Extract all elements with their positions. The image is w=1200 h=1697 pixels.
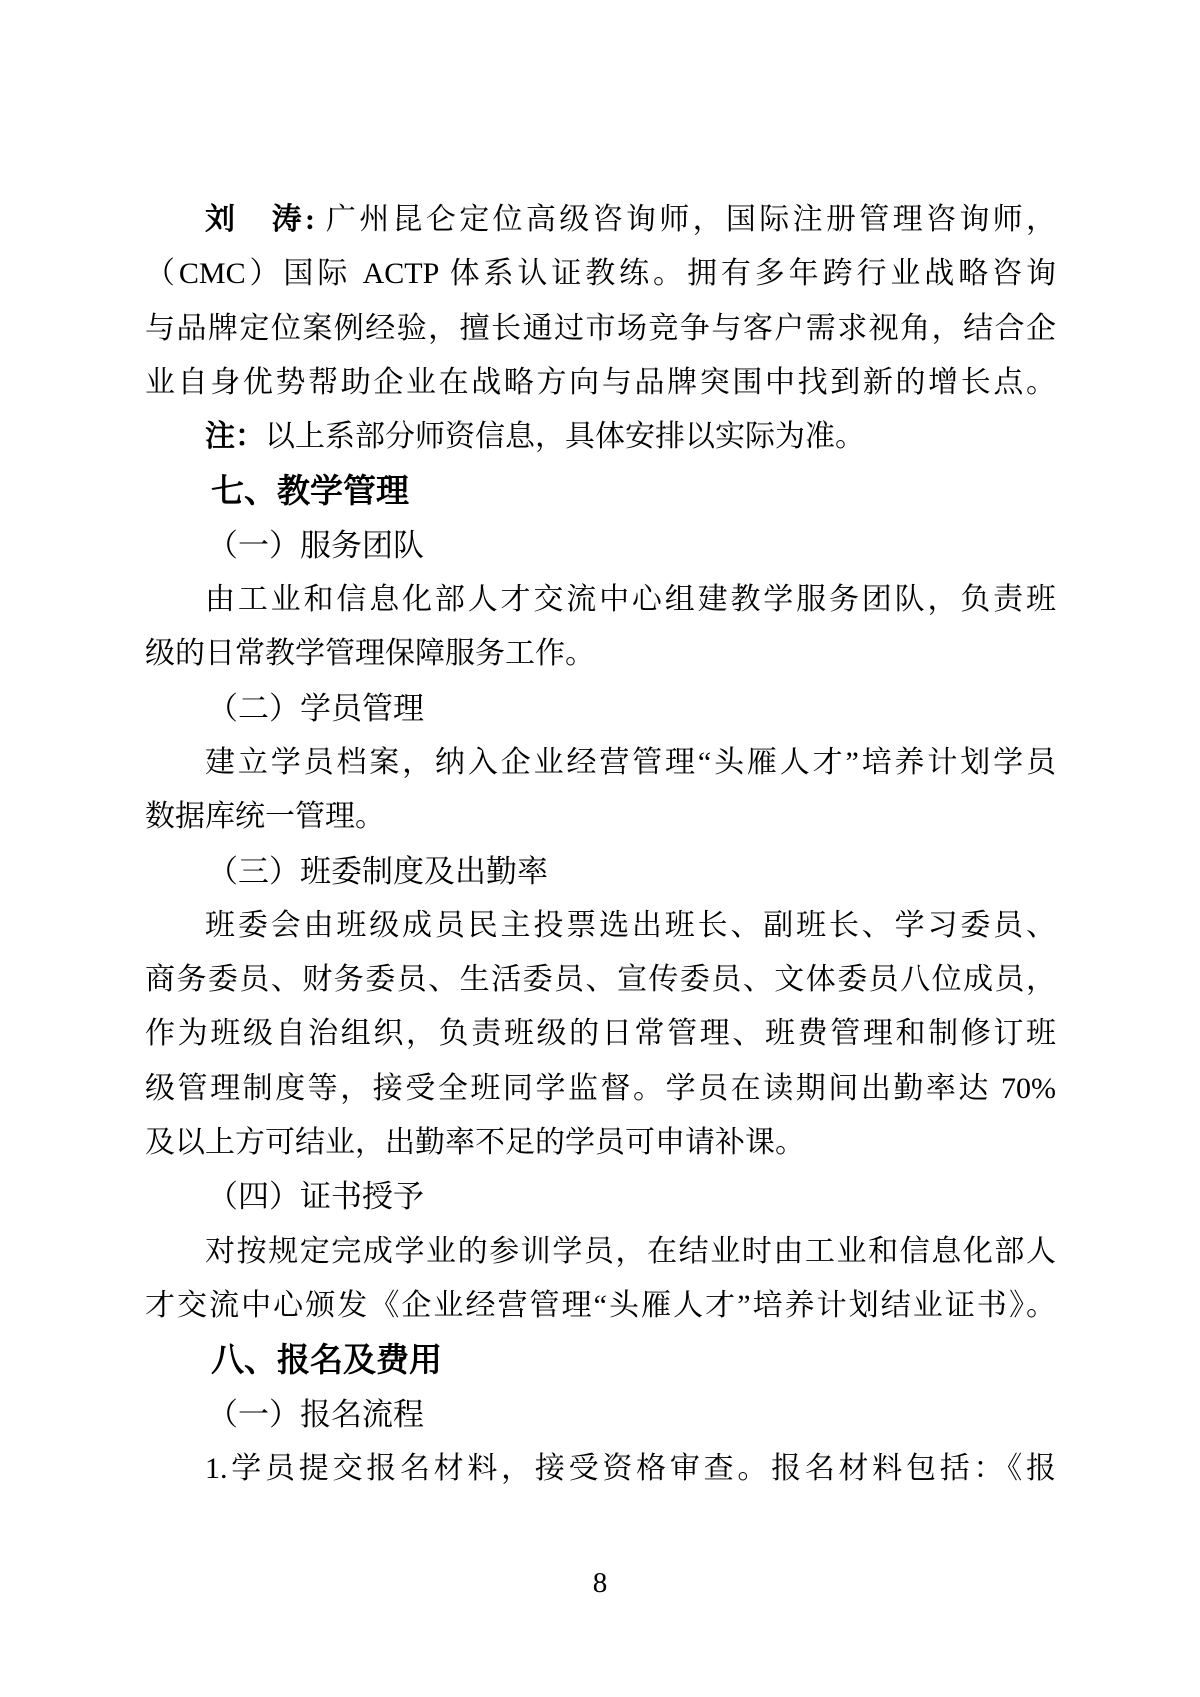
text-run: （四）证书授予 [207, 1179, 424, 1214]
text-run: 班委会由班级成员民主投票选出班长、副班长、学习委员、 [205, 909, 1056, 942]
subheading-7-3: （三）班委制度及出勤率 [145, 845, 1056, 899]
subheading-7-2: （二）学员管理 [145, 682, 1056, 736]
page-number: 8 [0, 1556, 1200, 1610]
text-run: 数据库统一管理。 [145, 800, 385, 833]
text-run: 建立学员档案，纳入企业经营管理“头雁人才”培养计划学员 [205, 746, 1056, 779]
para-committee-line-4: 级管理制度等，接受全班同学监督。学员在读期间出勤率达 70% [145, 1062, 1056, 1116]
para-committee-line-1: 班委会由班级成员民主投票选出班长、副班长、学习委员、 [145, 899, 1056, 953]
text-run: （三）班委制度及出勤率 [207, 854, 548, 889]
para-service-team-line-2: 级的日常教学管理保障服务工作。 [145, 627, 1056, 681]
text-run: （二）学员管理 [207, 691, 424, 726]
text-run: 八、报名及费用 [211, 1341, 442, 1378]
text-run: 与品牌定位案例经验，擅长通过市场竞争与客户需求视角，结合企 [145, 312, 1056, 345]
heading-section-7: 七、教学管理 [145, 464, 1056, 518]
para-certificate-line-1: 对按规定完成学业的参训学员，在结业时由工业和信息化部人 [145, 1225, 1056, 1279]
text-run: （CMC）国际 ACTP 体系认证教练。拥有多年跨行业战略咨询 [145, 257, 1056, 290]
text-run: 1.学员提交报名材料，接受资格审查。报名材料包括：《报 [205, 1452, 1056, 1485]
text-run: 级的日常教学管理保障服务工作。 [145, 637, 595, 670]
text-run: 广州昆仑定位高级咨询师，国际注册管理咨询师， [315, 203, 1056, 236]
text-run: 注： [205, 420, 265, 453]
subheading-8-1: （一）报名流程 [145, 1388, 1056, 1442]
text-run: 刘 涛: [205, 203, 315, 236]
document-page: 刘 涛: 广州昆仑定位高级咨询师，国际注册管理咨询师，（CMC）国际 ACTP … [0, 0, 1200, 1697]
text-run: 由工业和信息化部人才交流中心组建教学服务团队，负责班 [205, 583, 1056, 616]
para-enroll-line-1: 1.学员提交报名材料，接受资格审查。报名材料包括：《报 [145, 1442, 1056, 1496]
heading-section-8: 八、报名及费用 [145, 1333, 1056, 1387]
text-run: 才交流中心颁发《企业经营管理“头雁人才”培养计划结业证书》。 [145, 1289, 1056, 1322]
para-liutao-line-3: 与品牌定位案例经验，擅长通过市场竞争与客户需求视角，结合企 [145, 302, 1056, 356]
text-run: 业自身优势帮助企业在战略方向与品牌突围中找到新的增长点。 [145, 366, 1056, 399]
para-liutao-line-1: 刘 涛: 广州昆仑定位高级咨询师，国际注册管理咨询师， [145, 193, 1056, 247]
subheading-7-1: （一）服务团队 [145, 519, 1056, 573]
para-committee-line-2: 商务委员、财务委员、生活委员、宣传委员、文体委员八位成员， [145, 953, 1056, 1007]
para-committee-line-3: 作为班级自治组织，负责班级的日常管理、班费管理和制修订班 [145, 1007, 1056, 1061]
text-run: （一）服务团队 [207, 528, 424, 563]
document-body: 刘 涛: 广州昆仑定位高级咨询师，国际注册管理咨询师，（CMC）国际 ACTP … [145, 193, 1056, 1496]
text-run: 作为班级自治组织，负责班级的日常管理、班费管理和制修订班 [145, 1017, 1056, 1050]
text-run: 以上系部分师资信息，具体安排以实际为准。 [265, 420, 865, 453]
text-run: 对按规定完成学业的参训学员，在结业时由工业和信息化部人 [205, 1235, 1056, 1268]
text-run: （一）报名流程 [207, 1397, 424, 1432]
para-service-team-line-1: 由工业和信息化部人才交流中心组建教学服务团队，负责班 [145, 573, 1056, 627]
text-run: 级管理制度等，接受全班同学监督。学员在读期间出勤率达 70% [145, 1072, 1056, 1105]
para-certificate-line-2: 才交流中心颁发《企业经营管理“头雁人才”培养计划结业证书》。 [145, 1279, 1056, 1333]
text-run: 商务委员、财务委员、生活委员、宣传委员、文体委员八位成员， [145, 963, 1056, 996]
text-run: 七、教学管理 [211, 472, 409, 509]
para-liutao-line-2: （CMC）国际 ACTP 体系认证教练。拥有多年跨行业战略咨询 [145, 247, 1056, 301]
text-run: 及以上方可结业，出勤率不足的学员可申请补课。 [145, 1126, 805, 1159]
para-liutao-line-4: 业自身优势帮助企业在战略方向与品牌突围中找到新的增长点。 [145, 356, 1056, 410]
para-committee-line-5: 及以上方可结业，出勤率不足的学员可申请补课。 [145, 1116, 1056, 1170]
subheading-7-4: （四）证书授予 [145, 1170, 1056, 1224]
para-note: 注：以上系部分师资信息，具体安排以实际为准。 [145, 410, 1056, 464]
para-student-mgmt-line-2: 数据库统一管理。 [145, 790, 1056, 844]
para-student-mgmt-line-1: 建立学员档案，纳入企业经营管理“头雁人才”培养计划学员 [145, 736, 1056, 790]
